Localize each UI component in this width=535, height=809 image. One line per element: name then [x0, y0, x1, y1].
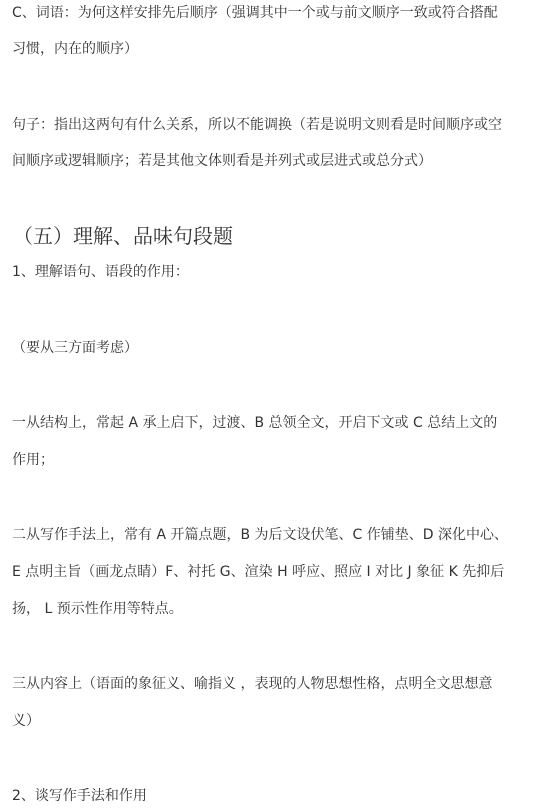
item1-title: 1、理解语句、语段的作用： [12, 263, 189, 281]
content-line-2: 义） [12, 712, 40, 730]
content-line-1: 三从内容上（语面的象征义、喻指义 ，表现的人物思想性格，点明全文思想意 [12, 675, 492, 693]
item2-title: 2、谈写作手法和作用 [12, 787, 147, 805]
section-heading: （五）理解、品味句段题 [13, 223, 233, 249]
sentence-order-line-2: 间顺序或逻辑顺序；若是其他文体则看是并列式或层进式或总分式） [12, 152, 432, 170]
technique-line-1: 二从写作手法上，常有 A 开篇点题，B 为后文设伏笔、C 作铺垫、D 深化中心、 [12, 526, 508, 544]
structure-line-2: 作用； [12, 451, 54, 469]
technique-line-3: 扬， L 预示性作用等特点。 [12, 600, 183, 618]
three-aspects-note: （要从三方面考虑） [12, 339, 138, 357]
word-order-line-2: 习惯，内在的顺序） [12, 40, 138, 58]
technique-line-2: E 点明主旨（画龙点睛）F、衬托 G、渲染 H 呼应、照应 I 对比 J 象征 … [12, 563, 504, 581]
sentence-order-line-1: 句子：指出这两句有什么关系，所以不能调换（若是说明文则看是时间顺序或空 [12, 116, 502, 134]
structure-line-1: 一从结构上，常起 A 承上启下，过渡、B 总领全文，开启下文或 C 总结上文的 [12, 414, 497, 432]
word-order-line-1: C、词语：为何这样安排先后顺序（强调其中一个或与前文顺序一致或符合搭配 [12, 4, 498, 22]
